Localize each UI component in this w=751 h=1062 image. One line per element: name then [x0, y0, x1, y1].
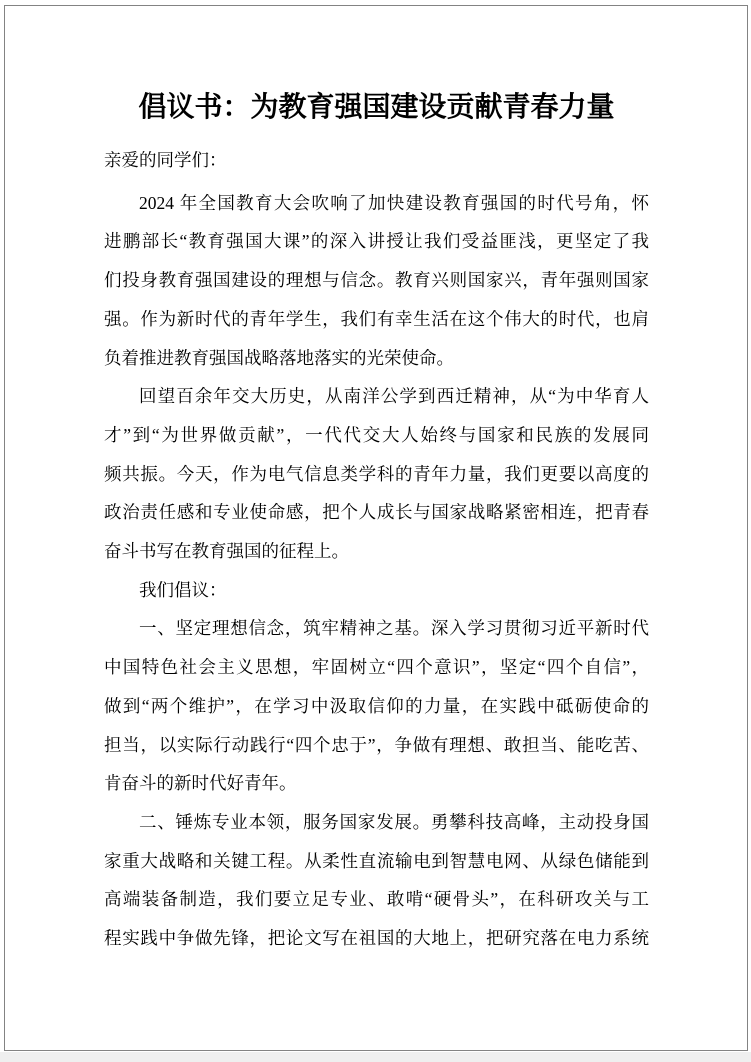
text-line: 频共振。今天，作为电气信息类学科的青年力量，我们更要以高度的: [104, 455, 649, 494]
text-line: 一、坚定理想信念，筑牢精神之基。深入学习贯彻习近平新时代: [104, 609, 649, 648]
text-line: 奋斗书写在教育强国的征程上。: [104, 532, 649, 571]
text-line: 进鹏部长“教育强国大课”的深入讲授让我们受益匪浅，更坚定了我: [104, 222, 649, 261]
text-line: 肯奋斗的新时代好青年。: [104, 764, 649, 803]
text-line: 强。作为新时代的青年学生，我们有幸生活在这个伟大的时代，也肩: [104, 300, 649, 339]
text-line: 才”到“为世界做贡献”，一代代交大人始终与国家和民族的发展同: [104, 416, 649, 455]
text-line: 家重大战略和关键工程。从柔性直流输电到智慧电网、从绿色储能到: [104, 842, 649, 881]
canvas-background: [0, 1052, 751, 1062]
paragraph: 回望百余年交大历史，从南洋公学到西迁精神，从“为中华育人才”到“为世界做贡献”，…: [104, 377, 649, 571]
paragraph: 我们倡议：: [104, 571, 649, 610]
document-page: 倡议书：为教育强国建设贡献青春力量 亲爱的同学们： 2024 年全国教育大会吹响…: [4, 5, 748, 1051]
salutation: 亲爱的同学们：: [104, 141, 649, 180]
document-content: 倡议书：为教育强国建设贡献青春力量 亲爱的同学们： 2024 年全国教育大会吹响…: [104, 86, 649, 958]
text-line: 政治责任感和专业使命感，把个人成长与国家战略紧密相连，把青春: [104, 493, 649, 532]
text-line: 二、锤炼专业本领，服务国家发展。勇攀科技高峰，主动投身国: [104, 803, 649, 842]
document-title: 倡议书：为教育强国建设贡献青春力量: [104, 86, 649, 130]
text-line: 我们倡议：: [104, 571, 649, 610]
text-line: 2024 年全国教育大会吹响了加快建设教育强国的时代号角，怀: [104, 184, 649, 223]
text-line: 中国特色社会主义思想，牢固树立“四个意识”，坚定“四个自信”，: [104, 648, 649, 687]
text-line: 担当，以实际行动践行“四个忠于”，争做有理想、敢担当、能吃苦、: [104, 726, 649, 765]
text-line: 程实践中争做先锋，把论文写在祖国的大地上，把研究落在电力系统: [104, 919, 649, 958]
paragraph: 二、锤炼专业本领，服务国家发展。勇攀科技高峰，主动投身国家重大战略和关键工程。从…: [104, 803, 649, 958]
text-line: 做到“两个维护”，在学习中汲取信仰的力量，在实践中砥砺使命的: [104, 687, 649, 726]
text-line: 高端装备制造，我们要立足专业、敢啃“硬骨头”，在科研攻关与工: [104, 880, 649, 919]
text-line: 回望百余年交大历史，从南洋公学到西迁精神，从“为中华育人: [104, 377, 649, 416]
paragraph: 2024 年全国教育大会吹响了加快建设教育强国的时代号角，怀进鹏部长“教育强国大…: [104, 184, 649, 378]
document-body: 2024 年全国教育大会吹响了加快建设教育强国的时代号角，怀进鹏部长“教育强国大…: [104, 184, 649, 958]
text-line: 负着推进教育强国战略落地落实的光荣使命。: [104, 339, 649, 378]
paragraph: 一、坚定理想信念，筑牢精神之基。深入学习贯彻习近平新时代中国特色社会主义思想，牢…: [104, 609, 649, 803]
text-line: 们投身教育强国建设的理想与信念。教育兴则国家兴，青年强则国家: [104, 261, 649, 300]
